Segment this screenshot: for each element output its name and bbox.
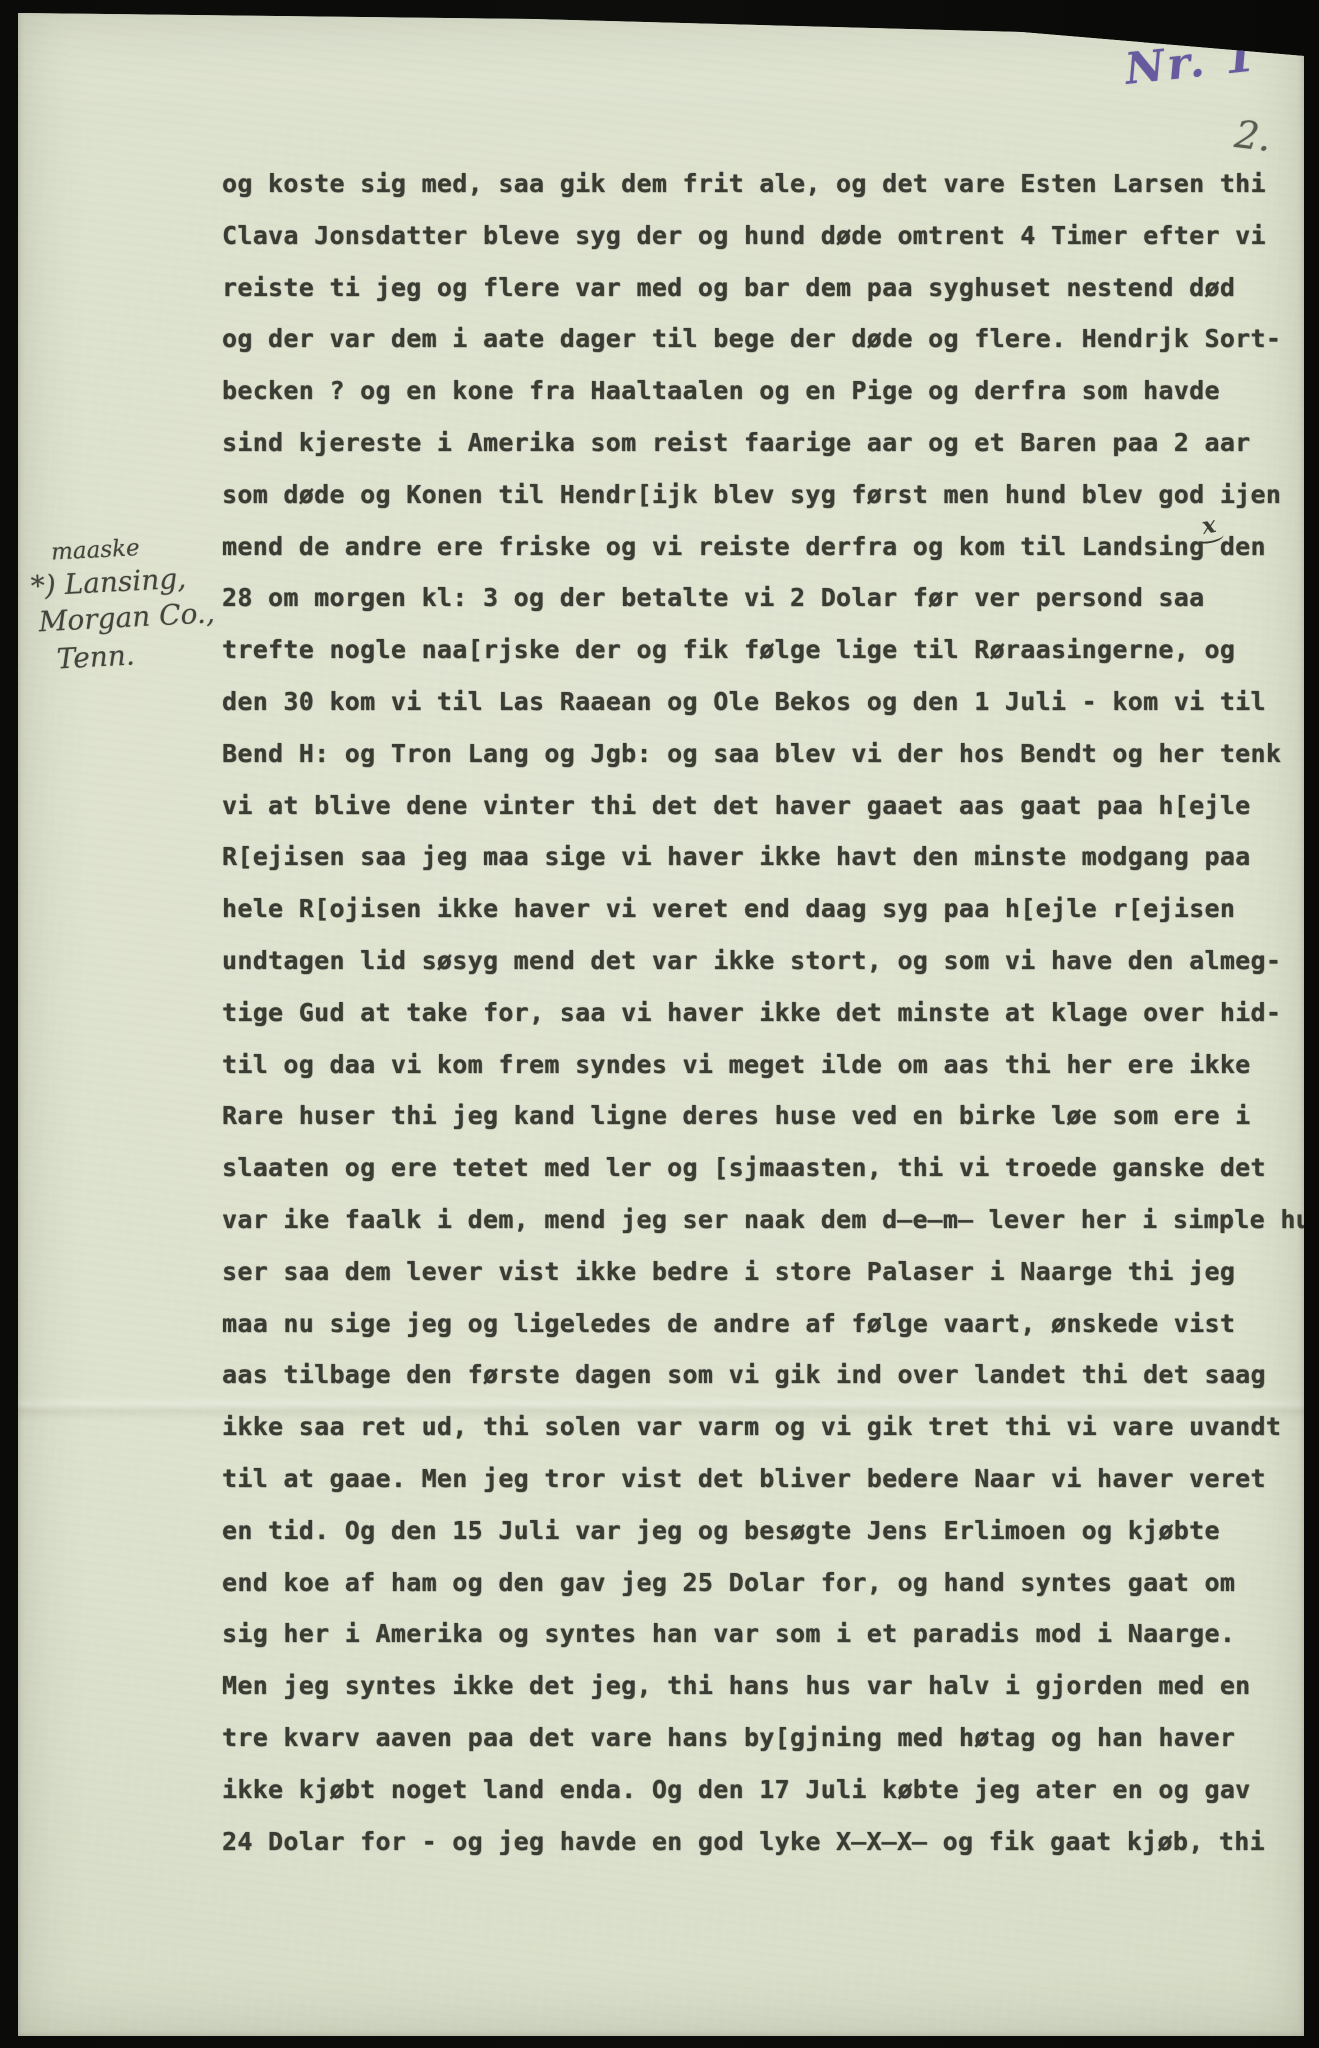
typed-line: ser saa dem lever vist ikke bedre i stor… (222, 1246, 1292, 1298)
page-number: 2. (1232, 112, 1273, 160)
handwritten-nr-label: Nr. 1 (1123, 31, 1260, 95)
typed-line: mend de andre ere friske og vi reiste de… (222, 521, 1292, 573)
typed-line: en tid. Og den 15 Juli var jeg og besøgt… (222, 1505, 1292, 1557)
margin-note-line: Tenn. (30, 631, 222, 681)
typed-line: den 30 kom vi til Las Raaean og Ole Beko… (222, 676, 1292, 728)
typed-line: aas tilbage den første dagen som vi gik … (222, 1349, 1292, 1401)
typed-line: Men jeg syntes ikke det jeg, thi hans hu… (222, 1660, 1292, 1712)
typed-line: og der var dem i aate dager til bege der… (222, 313, 1292, 365)
typed-line: Clava Jonsdatter bleve syg der og hund d… (222, 210, 1292, 262)
typed-line: trefte nogle naa[rjske der og fik følge … (222, 624, 1292, 676)
typed-line: undtagen lid søsyg mend det var ikke sto… (222, 935, 1292, 987)
typed-line: hele R[ojisen ikke haver vi veret end da… (222, 883, 1292, 935)
typed-line: Bend H: og Tron Lang og Jgb: og saa blev… (222, 728, 1292, 780)
margin-note: maaske *) Lansing, Morgan Co., Tenn. (24, 529, 221, 681)
typed-line: reiste ti jeg og flere var med og bar de… (222, 262, 1292, 314)
typed-line: Rare huser thi jeg kand ligne deres huse… (222, 1090, 1292, 1142)
typed-line: 28 om morgen kl: 3 og der betalte vi 2 D… (222, 572, 1292, 624)
typed-line: 24 Dolar for - og jeg havde en god lyke … (222, 1816, 1292, 1868)
typed-line: slaaten og ere tetet med ler og [sjmaast… (222, 1142, 1292, 1194)
scanned-letter-screenshot: { "annotations": { "nr_label": "Nr. 1", … (0, 0, 1319, 2048)
typed-line: sig her i Amerika og syntes han var som … (222, 1608, 1292, 1660)
typed-line: sind kjereste i Amerika som reist faarig… (222, 417, 1292, 469)
typed-line: tre kvarv aaven paa det vare hans by[gjn… (222, 1712, 1292, 1764)
typed-line: til at gaae. Men jeg tror vist det blive… (222, 1453, 1292, 1505)
typed-line: var ike faalk i dem, mend jeg ser naak d… (222, 1194, 1292, 1246)
typed-line: vi at blive dene vinter thi det det have… (222, 780, 1292, 832)
typed-line: maa nu sige jeg og ligeledes de andre af… (222, 1298, 1292, 1350)
typed-line: ikke kjøbt noget land enda. Og den 17 Ju… (222, 1764, 1292, 1816)
document-page: Nr. 1 2. x maaske *) Lansing, Morgan Co.… (18, 10, 1304, 2036)
typed-line: til og daa vi kom frem syndes vi meget i… (222, 1039, 1292, 1091)
typed-line: R[ejisen saa jeg maa sige vi haver ikke … (222, 831, 1292, 883)
typed-line: end koe af ham og den gav jeg 25 Dolar f… (222, 1557, 1292, 1609)
typed-body: og koste sig med, saa gik dem frit ale, … (222, 158, 1292, 1867)
typed-line: becken ? og en kone fra Haaltaalen og en… (222, 365, 1292, 417)
typed-line: ikke saa ret ud, thi solen var varm og v… (222, 1401, 1292, 1453)
typed-line: som døde og Konen til Hendr[ijk blev syg… (222, 469, 1292, 521)
typed-line: og koste sig med, saa gik dem frit ale, … (222, 158, 1292, 210)
typed-line: tige Gud at take for, saa vi haver ikke … (222, 987, 1292, 1039)
